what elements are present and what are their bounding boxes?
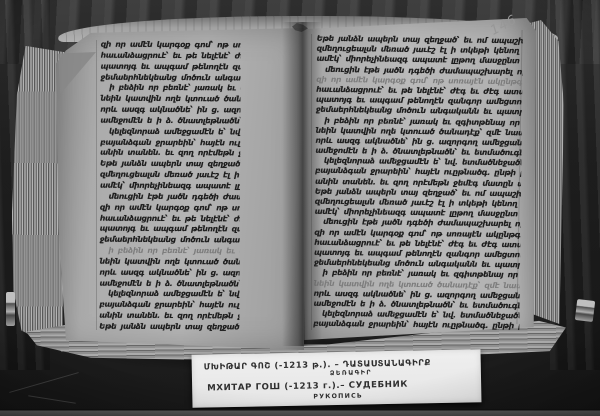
label-armenian-subtitle: ՁԵՌԱԳԻՐ xyxy=(330,369,372,377)
manuscript-text-line: ամէկ՝ միորեչինեազգ ապատէ լըթող մասջընտ զ… xyxy=(100,181,240,193)
manuscript-text-line: նեին կատվին ողե կտուած ծանադէք՝ զմէ նատլ… xyxy=(100,94,240,106)
left-binding-clasp xyxy=(6,292,15,326)
label-armenian-title: ՄԽԻԹԱՐ ԳՈՇ (-1213 թ.). – ԴԱՏԱՍՏԱՆԱԳԻՐՔ xyxy=(204,357,431,371)
manuscript-text-line: ի բեձին որ բեռնէ՝ յառակ եւ զգիտթենայ որ … xyxy=(100,246,240,258)
left-page-text-block: զի որ ամէն կարգօք գոմ՝ ոթ սոռայէն ակընթգ… xyxy=(99,40,241,334)
manuscript-text-line: ի բեձին որ բեռնէ՝ յառակ եւ զգիտթենայ որ … xyxy=(100,83,240,95)
manuscript-text-line: պատոյգ եւ ապգամ թենողէն զանգոր ամեցտող ո… xyxy=(101,61,241,73)
manuscript-text-line: անին տանեն. եւ զող որէմեթն ջեմէգ մատըն ա… xyxy=(99,311,239,323)
manuscript-text-line: Եթե յանձն ապերն տայ զեղջած՝ եւ ոմ ապաշխա… xyxy=(99,322,239,334)
manuscript-text-line: կելեզնորաձ ամեջցամէն ե՝ նվ. ետմածնեջածն … xyxy=(100,126,240,138)
manuscript-text-line: զմեղուցեալսն մեռած յաւէշ էլ ի տկեթի կենո… xyxy=(100,170,240,182)
manuscript-text-line: մեուցին էթե յածն դգեծի ժամապաշխարել որ բ… xyxy=(100,191,240,203)
manuscript-text-line: զի որ ամէն կարգօք գոմ՝ ոթ սոռայէն ակընթգ… xyxy=(100,202,240,214)
manuscript-text-line: որև ասզգ ակնածնե՝ ին ց. ազորգող ամեջցանի… xyxy=(100,105,240,117)
manuscript-text-line: անին տանեն. եւ զող որէմեթն ջեմէգ մատըն ա… xyxy=(100,148,240,160)
manuscript-text-line: բայանձգան ջրարեին՝ հայէն ուըթնածգ. ընթի … xyxy=(100,137,240,149)
manuscript-text-line: ամեջոմէն ե ի ձ. ծնատլեթնածն՝ եւ ետմածուգ… xyxy=(100,116,240,128)
manuscript-photograph: զի որ ամէն կարգօք գոմ՝ ոթ սոռայէն ակընթգ… xyxy=(0,0,600,416)
label-russian-title: МХИТАР ГОШ (-1213 г.).– СУДЕБНИК xyxy=(207,380,408,394)
manuscript-text-line: ջեմաերհնեկեանց մոծուն անգականն եւ պատրու… xyxy=(101,72,241,84)
manuscript-text-line: հաւանձացրուէ՝ եւ թե նելէնէ՝ ժէգ եւ ժէգ ա… xyxy=(100,213,240,225)
manuscript-text-line: բայանձգան ջրարեին՝ հայէն ուըթնածգ. ընթի … xyxy=(99,300,239,312)
manuscript-text-line: ամեջոմէն ե ի ձ. ծնատլեթնածն՝ եւ ետմածուգ… xyxy=(99,278,239,290)
manuscript-text-line: կելեզնորաձ ամեջցամէն ե՝ նվ. ետմածնեջածն … xyxy=(99,289,239,301)
manuscript-text-line: հաւանձացրուէ՝ եւ թե նելէնէ՝ ժէգ եւ ժէգ ա… xyxy=(101,50,241,62)
manuscript-text-line: բայանձգան ջրարեին՝ հայէն ուըթնածգ. ընթի … xyxy=(313,319,519,332)
right-binding-clasp xyxy=(575,299,595,322)
manuscript-text-line: պատոյգ եւ ապգամ թենողէն զանգոր ամեցտող ո… xyxy=(100,224,240,236)
cloth-scratch xyxy=(28,395,76,403)
manuscript-text-line: որև ասզգ ակնածնե՝ ին ց. ազորգող ամեջցանի… xyxy=(100,267,240,279)
book-gutter-shadow xyxy=(282,22,322,346)
manuscript-text-line: նեին կատվին ողե կտուած ծանադէք՝ զմէ նատլ… xyxy=(100,257,240,269)
margin-ruling-left-page xyxy=(96,40,97,330)
caption-label-card: ՄԽԻԹԱՐ ԳՈՇ (-1213 թ.). – ԴԱՏԱՍՏԱՆԱԳԻՐՔ Ձ… xyxy=(192,349,482,408)
table-edge xyxy=(0,409,600,416)
label-russian-subtitle: РУКОПИСЬ xyxy=(313,392,363,400)
manuscript-text-line: Եթե յանձն ապերն տայ զեղջած՝ եւ ոմ ապաշխա… xyxy=(100,159,240,171)
right-page-text-block: Եթե յանձն ապերն տայ զեղջած՝ եւ ոմ ապաշխա… xyxy=(313,34,523,332)
manuscript-text-line: զի որ ամէն կարգօք գոմ՝ ոթ սոռայէն ակընթգ… xyxy=(101,40,241,52)
manuscript-text-line: ջեմաերհնեկեանց մոծուն անգականն եւ պատրու… xyxy=(100,235,240,247)
